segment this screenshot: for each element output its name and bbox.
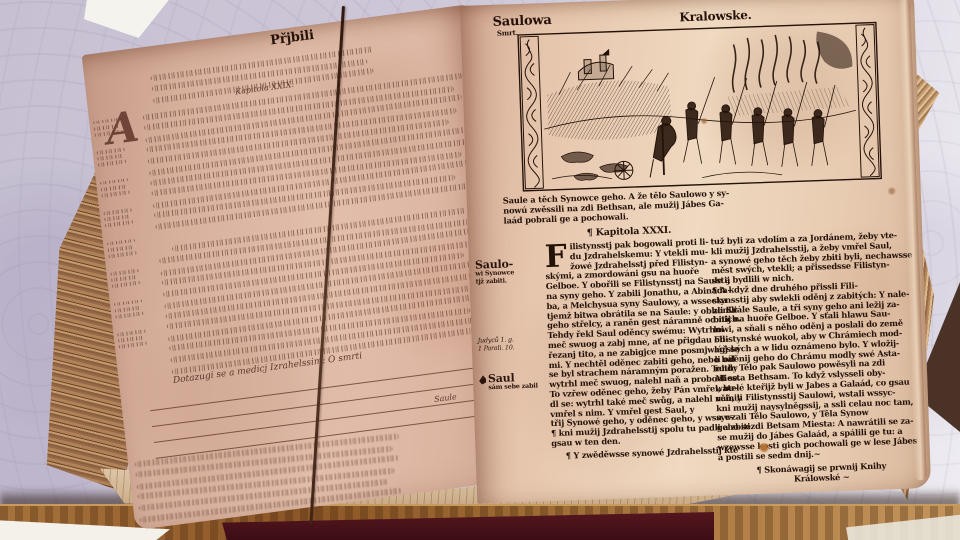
column-2-body: tuž byli za vdolím a za Jordánem, žeby v…	[710, 230, 924, 462]
printed-margin-notes: Saulo-wi Synowcetjž zabiti. Judyců 1. g.…	[474, 243, 540, 245]
right-printed-page: Saulowa Smrt. Kralowske.	[460, 0, 931, 504]
printed-text-columns: Saulo-wi Synowcetjž zabiti. Judyců 1. g.…	[468, 230, 930, 496]
margin-annotation-group	[114, 299, 144, 318]
margin-annotation-group	[93, 117, 123, 136]
text-line: tjž zabiti.	[476, 276, 542, 286]
catchline: ¶ Y zwěděwsse synowé Jzdrahelsstij kte	[566, 446, 718, 461]
right-running-header-left: Saulowa	[492, 13, 552, 30]
handwriting-line	[112, 281, 140, 288]
text-column-1: F ilistynsstj pak bogowali proti li-du J…	[544, 237, 718, 461]
shield-icon	[615, 161, 634, 180]
margin-annotation-group	[100, 178, 130, 197]
column-1-body: ilistynsstj pak bogowali proti li-du Jzd…	[544, 237, 717, 448]
text-line: 1 Parali. 10.	[478, 343, 544, 353]
handwritten-catchword: Saule	[434, 392, 458, 404]
right-running-header-sub: Smrt.	[497, 28, 518, 38]
margin-annotation-group	[104, 208, 134, 227]
foxing-stain	[887, 187, 897, 195]
margin-note-reference: Judyců 1. g.1 Parali. 10.	[478, 335, 544, 352]
ground-lines	[552, 168, 782, 183]
text-line: sám sebe zabil	[488, 382, 554, 392]
castle-on-hill-icon	[578, 50, 614, 80]
photo-of-open-antique-book: Přjbili Kapitola XXIX. A Dotazugi se a m…	[0, 0, 960, 540]
woodcut-caption: Saule a těch Synowce geho. A že tělo Sau…	[503, 188, 754, 226]
drop-cap-initial: F	[544, 243, 567, 271]
margin-annotation-group	[97, 147, 127, 166]
text-column-2: tuž byli za vdolím a za Jordánem, žeby v…	[710, 230, 925, 487]
margin-note: Saulo-wi Synowcetjž zabiti.	[475, 257, 542, 285]
ornamental-border-right-icon	[856, 25, 879, 178]
colophon: ¶ Skonáwagij se prwnij KnihyKrálowské ~	[718, 460, 925, 487]
left-manuscript-page: Přjbili Kapitola XXIX. A Dotazugi se a m…	[82, 4, 525, 530]
distant-army-mass	[547, 79, 673, 142]
handwriting-line	[98, 159, 126, 166]
handwriting-line	[119, 341, 147, 348]
margin-annotation-group	[117, 329, 147, 348]
smoke-cloud-icon	[816, 30, 853, 69]
margin-note-text: Saulsám sebe zabil	[488, 371, 555, 392]
ornamental-border-left-icon	[520, 36, 543, 189]
battle-scene	[541, 30, 858, 183]
margin-annotation-group	[107, 238, 137, 257]
margin-note: Saulsám sebe zabil	[479, 371, 555, 392]
handwriting-line	[105, 220, 133, 227]
woodcut-battle-illustration	[517, 21, 882, 191]
handwriting-line	[95, 129, 123, 136]
right-running-header-center: Kralowske.	[620, 6, 810, 27]
margin-annotation-group	[110, 269, 140, 288]
leaf-ornament-icon	[479, 375, 486, 384]
